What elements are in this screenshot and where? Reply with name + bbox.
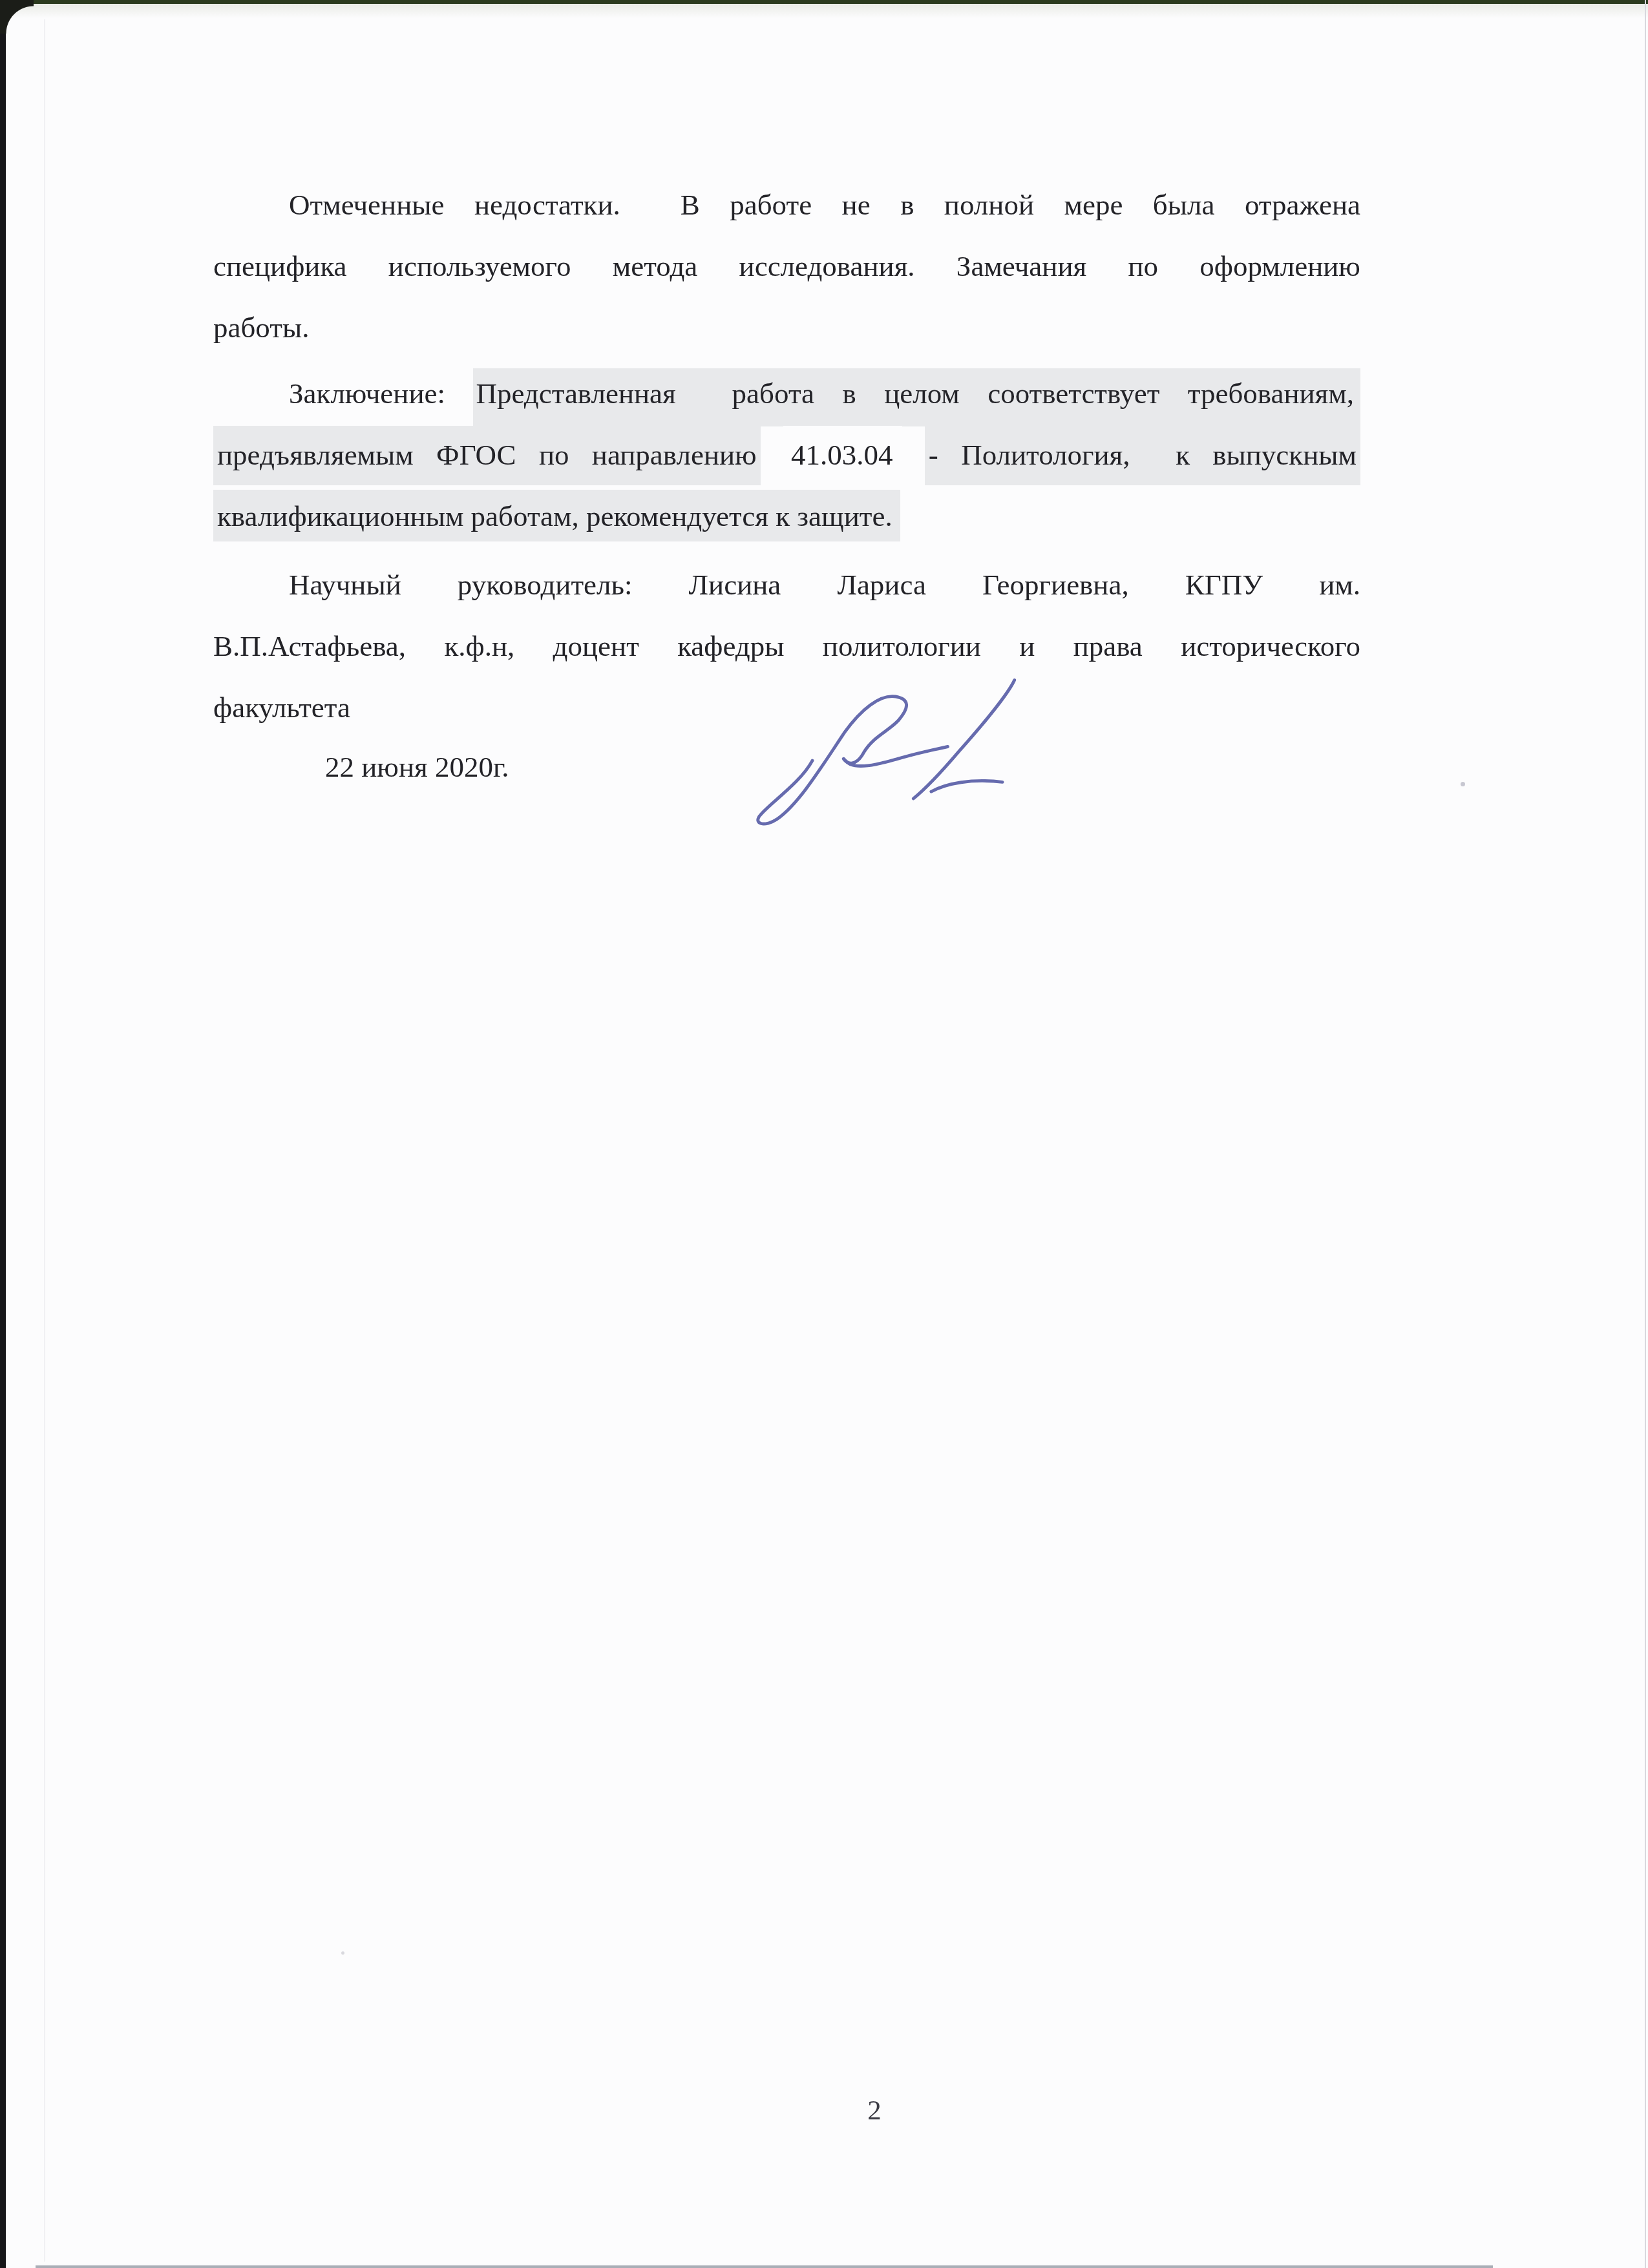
bottom-edge-line bbox=[36, 2265, 1493, 2268]
top-edge-line bbox=[0, 0, 1648, 4]
page-number: 2 bbox=[852, 2088, 897, 2134]
conclusion-highlighted-text-3: - Политология, к выпускным bbox=[925, 426, 1360, 485]
signature-stroke-main bbox=[758, 697, 948, 824]
left-edge-strip bbox=[0, 0, 6, 2268]
right-edge-line bbox=[1645, 0, 1646, 2268]
conclusion-line-1: Заключение: Представленная работа в цело… bbox=[213, 363, 1360, 425]
conclusion-highlighted-text-1: Представленная работа в целом соответств… bbox=[473, 368, 1360, 426]
scan-crease-line bbox=[44, 19, 45, 2262]
conclusion-label: Заключение: bbox=[289, 377, 445, 410]
defects-line-2: специфика используемого метода исследова… bbox=[213, 236, 1360, 297]
paragraph-conclusion: Заключение: Представленная работа в цело… bbox=[213, 363, 1360, 547]
conclusion-line-3: квалификационным работам, рекомендуется … bbox=[213, 486, 1360, 547]
top-left-corner-shadow bbox=[0, 0, 34, 34]
supervisor-line-1: Научный руководитель: Лисина Лариса Геор… bbox=[213, 554, 1360, 616]
top-scan-shadow bbox=[0, 4, 1648, 18]
scan-speck bbox=[1461, 782, 1465, 786]
signature-ink bbox=[737, 666, 1118, 827]
date-line: 22 июня 2020г. bbox=[325, 737, 509, 798]
defects-line-1: Отмеченные недостатки. В работе не в пол… bbox=[213, 174, 1360, 236]
conclusion-highlighted-text-2: предъявляемым ФГОС по направлению bbox=[213, 426, 761, 485]
scanned-document-page: Отмеченные недостатки. В работе не в пол… bbox=[0, 0, 1648, 2268]
standard-code: 41.03.04 bbox=[783, 426, 902, 485]
signature-stroke-swoosh bbox=[931, 781, 1002, 792]
conclusion-line-2: предъявляемым ФГОС по направлению 41.03.… bbox=[213, 425, 1360, 486]
defects-line-3: работы. bbox=[213, 297, 1360, 359]
paragraph-defects: Отмеченные недостатки. В работе не в пол… bbox=[213, 174, 1360, 359]
conclusion-highlighted-text-4: квалификационным работам, рекомендуется … bbox=[213, 490, 900, 541]
scan-speck bbox=[341, 1951, 344, 1955]
